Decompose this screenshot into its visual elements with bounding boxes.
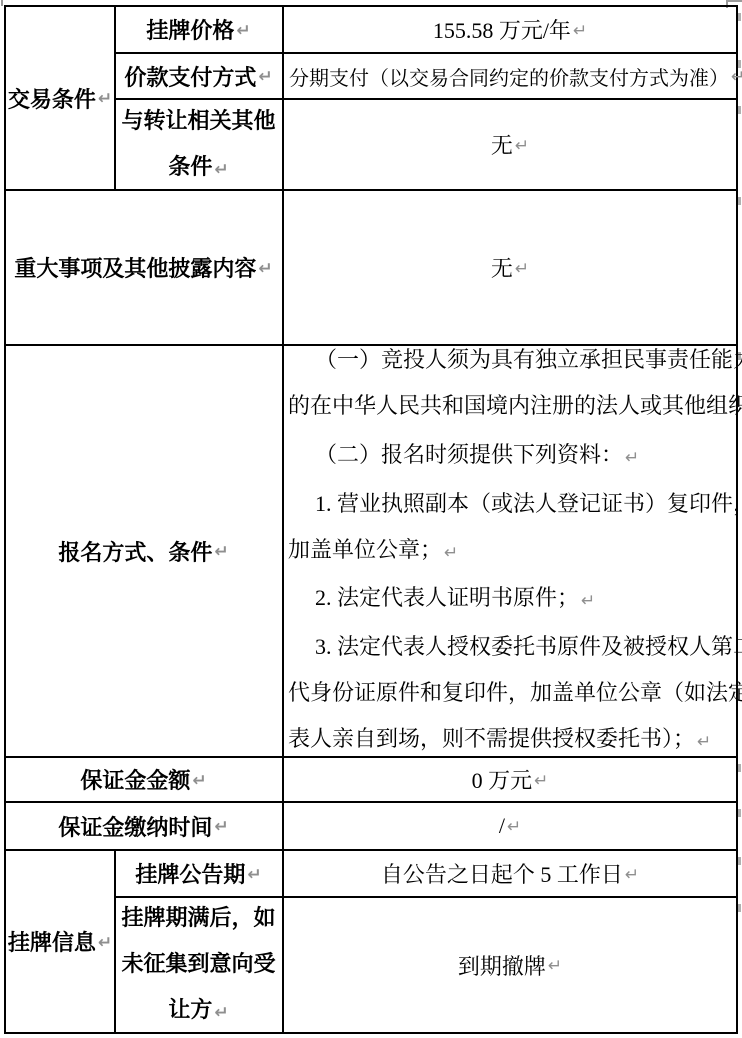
row-end-mark: [738, 106, 741, 114]
value-announcement-period: 自公告之日起个 5 工作日↵: [283, 850, 737, 897]
cell-text: 3. 法定代表人授权委托书原件及被授权人第二: [315, 634, 742, 659]
cell-text: 无: [491, 252, 513, 283]
cell-text: （二）报名时须提供下列资料：: [315, 442, 623, 467]
row-end-mark: [738, 809, 741, 817]
label-other-transfer-conditions: 与转让相关其他条件↵: [115, 99, 282, 190]
paragraph-mark-icon: ↵: [515, 136, 529, 156]
paragraph-mark-icon: ↵: [214, 817, 228, 837]
text-line: （二）报名时须提供下列资料：↵: [283, 432, 737, 481]
label-payment-method: 价款支付方式↵: [115, 53, 282, 99]
cell-text: 1. 营业执照副本（或法人登记证书）复印件，: [315, 491, 742, 516]
cell-text: 到期撤牌: [458, 950, 546, 981]
cell-text: 挂牌信息: [8, 926, 96, 957]
paragraph-mark-icon: ↵: [236, 21, 250, 41]
paragraph-mark-icon: ↵: [214, 542, 228, 562]
row-end-mark: [738, 857, 741, 865]
paragraph-mark-icon: ↵: [247, 865, 261, 885]
row-end-mark: [738, 13, 741, 21]
cell-text: 挂牌期满后，如: [121, 905, 275, 930]
label-listing-price: 挂牌价格↵: [115, 6, 282, 53]
top-right-edge-artifact-h: [726, 0, 742, 2]
label-registration-method: 报名方式、条件↵: [5, 345, 282, 757]
paragraph-mark-icon: ↵: [515, 259, 529, 279]
row-end-mark: [738, 904, 741, 912]
text-line: 2. 法定代表人证明书原件；↵: [283, 575, 737, 624]
paragraph-mark-icon: ↵: [731, 67, 742, 87]
value-deposit-payment-time: /↵: [283, 802, 737, 850]
cell-text: 挂牌价格: [146, 14, 234, 45]
text-line: 条件↵: [115, 144, 282, 192]
document-page: 交易条件↵ 挂牌价格↵ 155.58 万元/年↵ 价款支付方式↵ 分期支付（以交…: [0, 0, 742, 1038]
paragraph-mark-icon: ↵: [548, 956, 562, 976]
cell-text: /: [499, 813, 505, 839]
value-major-disclosure: 无↵: [283, 190, 737, 345]
label-major-disclosure: 重大事项及其他披露内容↵: [5, 190, 282, 345]
cell-text: 分期支付（以交易合同约定的价款支付方式为准）: [289, 62, 729, 91]
cell-text: 自公告之日起个 5 工作日: [381, 858, 623, 889]
paragraph-mark-icon: ↵: [507, 817, 521, 837]
cell-text: 2. 法定代表人证明书原件；: [315, 585, 579, 610]
cell-text: 代身份证原件和复印件，加盖单位公章（如法定代: [288, 680, 742, 705]
cell-text: 表人亲自到场，则不需提供授权委托书）；: [288, 726, 695, 751]
text-line: 让方↵: [115, 987, 282, 1035]
top-left-edge-artifact: [1, 0, 3, 6]
value-listing-price: 155.58 万元/年↵: [283, 6, 737, 53]
paragraph-mark-icon: ↵: [214, 1003, 228, 1023]
cell-text: 价款支付方式: [124, 61, 256, 92]
paragraph-mark-icon: ↵: [573, 21, 587, 41]
cell-text: 0 万元: [472, 764, 533, 795]
cell-text: 与转让相关其他: [121, 108, 275, 133]
paragraph-mark-icon: ↵: [625, 448, 639, 468]
paragraph-mark-icon: ↵: [258, 259, 272, 279]
cell-text: 报名方式、条件: [58, 536, 212, 567]
cell-text: 的在中华人民共和国境内注册的法人或其他组织。: [288, 393, 742, 418]
cell-text: 重大事项及其他披露内容: [14, 252, 256, 283]
row-end-mark: [738, 764, 741, 772]
paragraph-mark-icon: ↵: [214, 160, 228, 180]
group-label-trade-conditions: 交易条件↵: [5, 6, 115, 190]
label-after-expiry: 挂牌期满后，如未征集到意向受让方↵: [115, 897, 282, 1033]
paragraph-mark-icon: ↵: [625, 865, 639, 885]
cell-text: 155.58 万元/年: [433, 14, 571, 45]
value-other-transfer-conditions: 无↵: [283, 99, 737, 190]
text-line: 1. 营业执照副本（或法人登记证书）复印件，: [283, 481, 737, 527]
cell-text: 让方: [168, 997, 212, 1022]
paragraph-mark-icon: ↵: [258, 67, 272, 87]
value-registration-method: （一）竞投人须为具有独立承担民事责任能力的在中华人民共和国境内注册的法人或其他组…: [283, 345, 737, 757]
label-deposit-payment-time: 保证金缴纳时间↵: [5, 802, 282, 850]
value-deposit-amount: 0 万元↵: [283, 757, 737, 802]
cell-text: 挂牌公告期: [135, 858, 245, 889]
text-line: 3. 法定代表人授权委托书原件及被授权人第二: [283, 624, 737, 670]
cell-text: 保证金金额: [80, 764, 190, 795]
group-label-listing-info: 挂牌信息↵: [5, 850, 115, 1033]
paragraph-mark-icon: ↵: [581, 591, 595, 611]
cell-text: 加盖单位公章；: [288, 537, 442, 562]
cell-text: 未征集到意向受: [121, 951, 275, 976]
paragraph-mark-icon: ↵: [192, 771, 206, 791]
cell-text: 保证金缴纳时间: [58, 811, 212, 842]
label-announcement-period: 挂牌公告期↵: [115, 850, 282, 897]
text-line: 的在中华人民共和国境内注册的法人或其他组织。↵: [283, 383, 737, 432]
text-line: 代身份证原件和复印件，加盖单位公章（如法定代: [283, 670, 737, 716]
text-line: （一）竞投人须为具有独立承担民事责任能力: [283, 337, 737, 383]
cell-text: 交易条件: [8, 83, 96, 114]
paragraph-mark-icon: ↵: [444, 543, 458, 563]
cell-text: 无: [491, 129, 513, 160]
paragraph-mark-icon: ↵: [98, 89, 112, 109]
text-line: 挂牌期满后，如: [115, 895, 282, 941]
row-end-mark: [738, 197, 741, 205]
text-line: 未征集到意向受: [115, 941, 282, 987]
paragraph-mark-icon: ↵: [98, 933, 112, 953]
value-after-expiry: 到期撤牌↵: [283, 897, 737, 1033]
cell-text: （一）竞投人须为具有独立承担民事责任能力: [315, 347, 742, 372]
value-payment-method: 分期支付（以交易合同约定的价款支付方式为准）↵: [283, 53, 742, 99]
paragraph-mark-icon: ↵: [697, 732, 711, 752]
label-deposit-amount: 保证金金额↵: [5, 757, 282, 802]
text-line: 与转让相关其他: [115, 98, 282, 144]
paragraph-mark-icon: ↵: [534, 771, 548, 791]
text-line: 加盖单位公章；↵: [283, 527, 737, 576]
cell-text: 条件: [168, 154, 212, 179]
